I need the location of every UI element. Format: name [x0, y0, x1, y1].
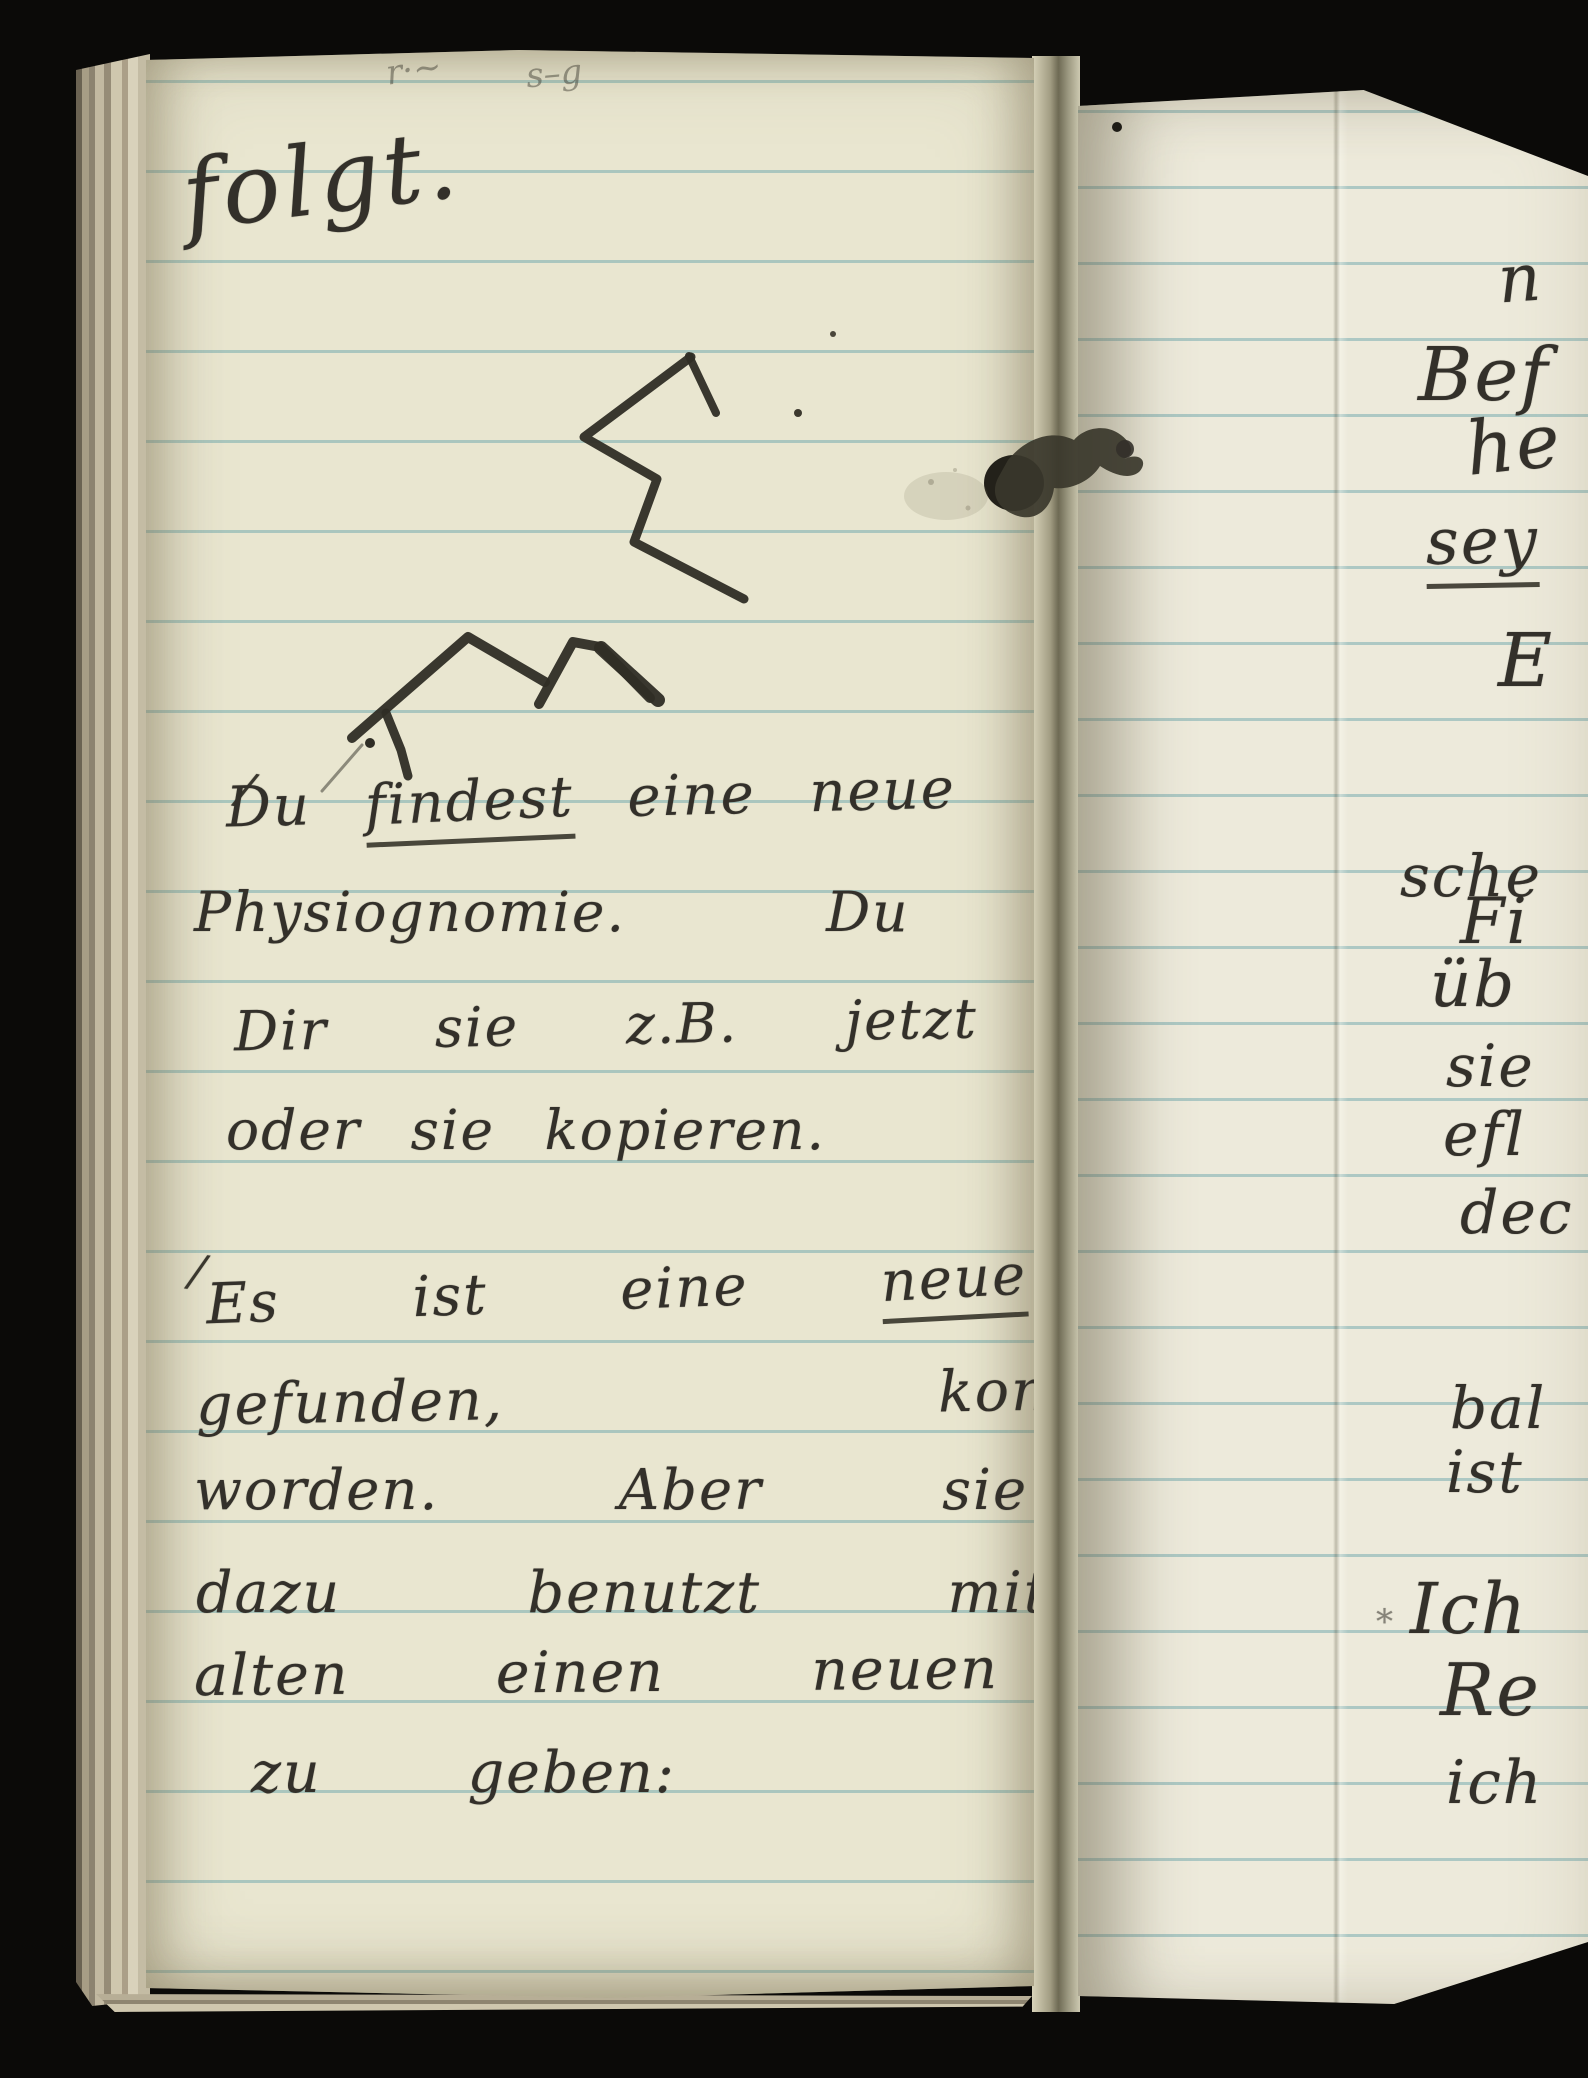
underlined-word: findest — [363, 765, 575, 848]
word: Du — [225, 773, 312, 849]
word: eine — [627, 762, 757, 839]
word: gefunden, — [196, 1367, 505, 1438]
word: einen — [496, 1639, 666, 1706]
word: geben: — [468, 1740, 676, 1806]
word: ist — [411, 1263, 489, 1340]
word: dazu — [196, 1560, 341, 1626]
word: mit — [947, 1560, 1048, 1626]
word: Du — [826, 880, 910, 944]
handwriting-fragment: bal — [1450, 1374, 1546, 1442]
word: sie — [411, 1098, 495, 1162]
word: oder — [226, 1098, 361, 1162]
handwritten-line: zugeben: — [251, 1740, 676, 1806]
notebook-photo: r·~s–g folgt. ∕ ∕ DufindesteineneuePhysi… — [0, 0, 1588, 2078]
handwritten-line: Dufindesteineneue — [225, 756, 957, 849]
handwriting-fragment: E — [1498, 618, 1554, 704]
handwriting-fragment: sie — [1446, 1032, 1535, 1100]
word: neue — [809, 756, 957, 834]
book-gutter — [1032, 56, 1080, 2012]
pencil-mark: r·~ — [383, 46, 444, 93]
right-page: nBefheseyEscheFiübsieefldecbalistIchReic… — [1078, 90, 1588, 2018]
handwriting-fragment: ich — [1446, 1748, 1543, 1818]
word: Es — [205, 1270, 281, 1347]
word: z.B. — [625, 991, 739, 1066]
handwriting-fragment: * — [1376, 1602, 1395, 1642]
left-page: r·~s–g folgt. ∕ ∕ DufindesteineneuePhysi… — [146, 50, 1034, 1998]
word: Aber — [619, 1458, 763, 1523]
word: neuen — [811, 1636, 999, 1704]
handwriting-fragment: he — [1462, 397, 1566, 493]
word: worden. — [194, 1458, 439, 1523]
word: zu — [251, 1740, 322, 1806]
word: sie — [942, 1458, 1028, 1523]
handwriting-fragment: üb — [1430, 948, 1516, 1022]
handwriting-fragment: sey — [1425, 504, 1539, 589]
word: Physiognomie. — [194, 880, 626, 944]
page-edge-stack — [76, 54, 150, 2006]
word: benutzt — [528, 1560, 761, 1626]
underlined-word: neue — [879, 1242, 1029, 1324]
handwriting-fragment: n — [1495, 239, 1545, 319]
handwriting-fragment: Ich — [1410, 1568, 1528, 1650]
word: sie — [434, 994, 520, 1068]
word: eine — [619, 1253, 750, 1331]
pencil-mark: s–g — [524, 52, 583, 97]
handwriting-fragment: efl — [1443, 1100, 1526, 1170]
word: jetzt — [844, 986, 978, 1061]
word: kopieren. — [544, 1098, 826, 1162]
handwriting-fragment: Re — [1440, 1648, 1541, 1732]
word: alten — [194, 1642, 350, 1709]
handwriting-fragment: dec — [1460, 1178, 1574, 1248]
heading-folgt: folgt. — [176, 107, 466, 252]
handwritten-line: odersiekopieren. — [226, 1098, 826, 1162]
word: Dir — [233, 998, 328, 1073]
handwriting-fragment: ist — [1446, 1438, 1524, 1506]
